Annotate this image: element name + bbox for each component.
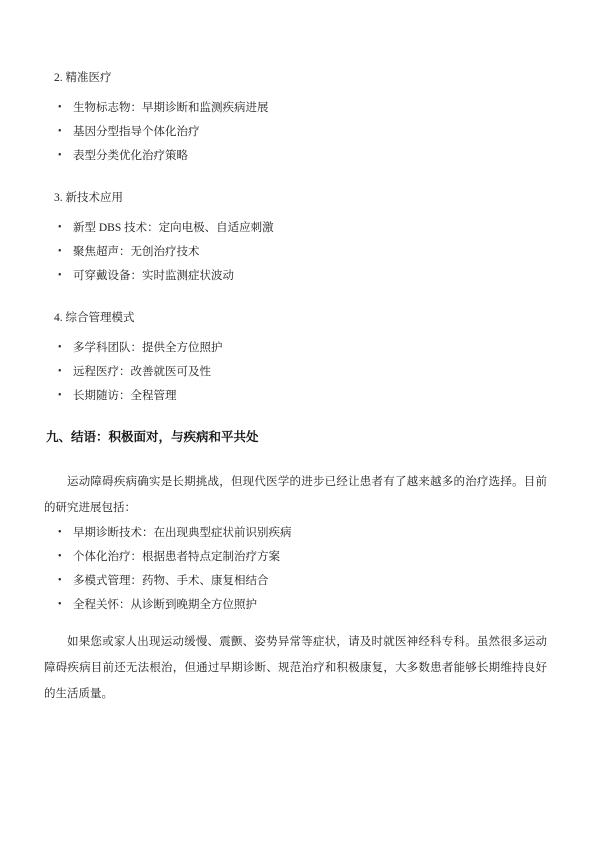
bullet-list: •生物标志物：早期诊断和监测疾病进展 •基因分型指导个体化治疗 •表型分类优化治… <box>44 96 547 168</box>
list-item-text: 多模式管理：药物、手术、康复相结合 <box>73 575 269 587</box>
list-item: •多模式管理：药物、手术、康复相结合 <box>44 569 547 593</box>
bullet-icon: • <box>58 336 62 360</box>
bullet-icon: • <box>58 384 62 408</box>
bullet-icon: • <box>58 360 62 384</box>
section-heading: 4. 综合管理模式 <box>54 310 547 326</box>
list-item-text: 聚焦超声：无创治疗技术 <box>73 246 200 258</box>
list-item: •多学科团队：提供全方位照护 <box>44 336 547 360</box>
section-precision-medicine: 2. 精准医疗 •生物标志物：早期诊断和监测疾病进展 •基因分型指导个体化治疗 … <box>44 70 547 168</box>
list-item-text: 早期诊断技术：在出现典型症状前识别疾病 <box>73 527 292 539</box>
document-content: 2. 精准医疗 •生物标志物：早期诊断和监测疾病进展 •基因分型指导个体化治疗 … <box>44 70 547 707</box>
list-item-text: 新型 DBS 技术：定向电极、自适应刺激 <box>73 222 274 234</box>
bullet-icon: • <box>58 120 62 144</box>
bullet-list: •新型 DBS 技术：定向电极、自适应刺激 •聚焦超声：无创治疗技术 •可穿戴设… <box>44 216 547 288</box>
list-item: •全程关怀：从诊断到晚期全方位照护 <box>44 593 547 617</box>
list-item: •可穿戴设备：实时监测症状波动 <box>44 264 547 288</box>
bullet-icon: • <box>58 545 62 569</box>
list-item: •聚焦超声：无创治疗技术 <box>44 240 547 264</box>
list-item: •表型分类优化治疗策略 <box>44 144 547 168</box>
bullet-icon: • <box>58 96 62 120</box>
list-item: •个体化治疗：根据患者特点定制治疗方案 <box>44 545 547 569</box>
list-item-text: 生物标志物：早期诊断和监测疾病进展 <box>73 102 269 114</box>
list-item: •早期诊断技术：在出现典型症状前识别疾病 <box>44 521 547 545</box>
bullet-icon: • <box>58 569 62 593</box>
conclusion-intro-paragraph: 运动障碍疾病确实是长期挑战，但现代医学的进步已经让患者有了越来越多的治疗选择。目… <box>44 470 547 521</box>
list-item: •长期随访：全程管理 <box>44 384 547 408</box>
bullet-icon: • <box>58 593 62 617</box>
bullet-list: •多学科团队：提供全方位照护 •远程医疗：改善就医可及性 •长期随访：全程管理 <box>44 336 547 408</box>
list-item-text: 基因分型指导个体化治疗 <box>73 126 200 138</box>
list-item: •生物标志物：早期诊断和监测疾病进展 <box>44 96 547 120</box>
bullet-icon: • <box>58 521 62 545</box>
list-item: •新型 DBS 技术：定向电极、自适应刺激 <box>44 216 547 240</box>
list-item-text: 多学科团队：提供全方位照护 <box>73 342 223 354</box>
list-item-text: 长期随访：全程管理 <box>73 390 177 402</box>
section-heading: 2. 精准医疗 <box>54 70 547 86</box>
list-item: •基因分型指导个体化治疗 <box>44 120 547 144</box>
section-heading: 3. 新技术应用 <box>54 190 547 206</box>
bullet-icon: • <box>58 216 62 240</box>
bullet-icon: • <box>58 144 62 168</box>
bullet-icon: • <box>58 264 62 288</box>
conclusion-bullet-list: •早期诊断技术：在出现典型症状前识别疾病 •个体化治疗：根据患者特点定制治疗方案… <box>44 521 547 617</box>
list-item-text: 表型分类优化治疗策略 <box>73 150 188 162</box>
list-item-text: 个体化治疗：根据患者特点定制治疗方案 <box>73 551 280 563</box>
list-item-text: 可穿戴设备：实时监测症状波动 <box>73 270 234 282</box>
list-item-text: 远程医疗：改善就医可及性 <box>73 366 211 378</box>
list-item-text: 全程关怀：从诊断到晚期全方位照护 <box>73 599 257 611</box>
list-item: •远程医疗：改善就医可及性 <box>44 360 547 384</box>
conclusion-final-paragraph: 如果您或家人出现运动缓慢、震颤、姿势异常等症状，请及时就医神经科专科。虽然很多运… <box>44 629 547 707</box>
document-page: 2. 精准医疗 •生物标志物：早期诊断和监测疾病进展 •基因分型指导个体化治疗 … <box>0 0 595 841</box>
bullet-icon: • <box>58 240 62 264</box>
section-new-technology: 3. 新技术应用 •新型 DBS 技术：定向电极、自适应刺激 •聚焦超声：无创治… <box>44 190 547 288</box>
conclusion-heading: 九、结语：积极面对，与疾病和平共处 <box>46 428 547 446</box>
section-integrated-management: 4. 综合管理模式 •多学科团队：提供全方位照护 •远程医疗：改善就医可及性 •… <box>44 310 547 408</box>
